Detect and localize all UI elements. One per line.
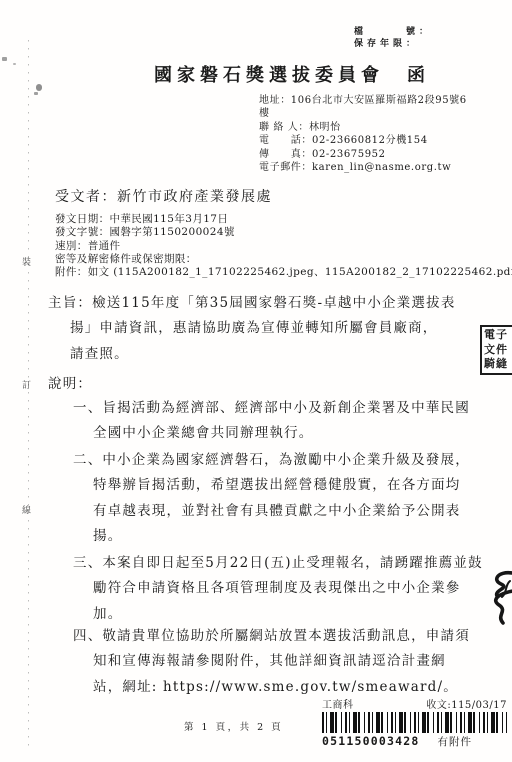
explanation-item-3: 三、本案自即日起至5月22日(五)止受理報名，請踴躍推薦並鼓 勵符合申請資格且各… (73, 551, 471, 627)
speed-class: 速別：普通件 (55, 240, 495, 253)
subject-label: 主旨： (48, 295, 92, 311)
recipient-line: 受文者：新竹市政府產業發展處 (55, 186, 272, 206)
sender-fax: 傳 真：02-23675952 (259, 148, 507, 161)
binding-dashed-line (28, 40, 29, 752)
issue-date: 發文日期：中華民國115年3月17日 (55, 213, 495, 226)
explanation-line: 有卓越表現，並對社會有具體貢獻之中小企業給予公開表 (93, 499, 471, 524)
scan-artifact (13, 63, 16, 65)
file-number-block: 檔 號： 保存年限： (354, 27, 432, 50)
retention-period-label: 保存年限： (354, 39, 432, 51)
receipt-dept: 工商科 (322, 696, 354, 711)
scan-artifact (2, 57, 7, 61)
attachment-note: 有附件 (437, 734, 472, 749)
item-marker: 三、 (73, 555, 102, 571)
explanation-line: 知和宣傳海報請參閱附件，其他詳細資訊請逕洽計畫網 (93, 649, 471, 674)
binding-mark-zhuang: 裝 (22, 258, 34, 268)
document-page: 裝 訂 線 檔 號： 保存年限： 國家磐石獎選拔委員會 函 地址：106台北市大… (0, 0, 512, 762)
subject-line: 請查照。 (70, 342, 473, 367)
sender-contact-person: 聯 絡 人：林明怡 (259, 121, 507, 134)
explanation-line: 特舉辦旨揭活動，希望選拔出經營穩健殷實，在各方面均 (93, 473, 471, 498)
page-number-footer: 第 1 頁，共 2 頁 (184, 719, 283, 733)
stamp-text: 騎縫 (484, 357, 512, 372)
subject-line: 主旨：檢送115年度「第35屆國家磐石獎-卓越中小企業選拔表 (48, 291, 473, 316)
attachments-line: 附件：如文 (115A200182_1_17102225462.jpeg、115… (55, 266, 495, 279)
scan-artifact (34, 92, 38, 95)
explanation-line: 揚。 (93, 524, 471, 549)
explanation-item-4: 四、敬請貴單位協助於所屬網站放置本選拔活動訊息，申請須 知和宣傳海報請參閱附件，… (73, 624, 471, 700)
explanation-line: 勵符合申請資格且各項管理制度及表現傑出之中小企業參 (93, 576, 471, 601)
partial-seal (486, 567, 512, 633)
document-number: 發文字號：國磐字第1150200024號 (55, 226, 495, 239)
sender-phone: 電 話：02-23660812分機154 (259, 134, 507, 147)
binding-mark-xian: 線 (22, 506, 34, 516)
exchange-seam-stamp: 電子 文件 騎縫 (480, 325, 512, 375)
subject-block: 主旨：檢送115年度「第35屆國家磐石獎-卓越中小企業選拔表 揚」申請資訊，惠請… (48, 291, 473, 367)
explanation-item-2: 二、中小企業為國家經濟磐石，為激勵中小企業升級及發展， 特舉辦旨揭活動，希望選拔… (73, 448, 471, 549)
document-meta-block: 發文日期：中華民國115年3月17日 發文字號：國磐字第1150200024號 … (55, 213, 495, 279)
receipt-stamp: 工商科 收文:115/03/17 051150003428 有附件 (322, 696, 507, 749)
receipt-date: 收文:115/03/17 (426, 696, 507, 711)
item-marker: 二、 (73, 452, 102, 468)
subject-text: 檢送115年度「第35屆國家磐石獎-卓越中小企業選拔表 (92, 295, 455, 311)
binding-mark-ding: 訂 (22, 381, 34, 391)
stamp-text: 文件 (484, 343, 512, 358)
scan-artifact (36, 84, 42, 91)
item-marker: 四、 (73, 628, 102, 644)
explanation-line: 四、敬請貴單位協助於所屬網站放置本選拔活動訊息，申請須 (73, 624, 471, 649)
subject-line: 揚」申請資訊，惠請協助廣為宣傳並轉知所屬會員廠商， (70, 316, 473, 341)
security-class: 密等及解密條件或保密期限： (55, 253, 495, 266)
item-marker: 一、 (73, 400, 102, 416)
explanation-item-1: 一、旨揭活動為經濟部、經濟部中小及新創企業署及中華民國 全國中小企業總會共同辦理… (73, 396, 471, 447)
file-number-label: 檔 號： (354, 27, 432, 39)
document-title: 國家磐石獎選拔委員會 函 (154, 61, 430, 87)
sender-email: 電子郵件：karen_lin@nasme.org.tw (259, 161, 507, 174)
stamp-text: 電子 (484, 328, 512, 343)
explanation-label: 說明： (48, 372, 92, 392)
barcode (322, 712, 507, 733)
explanation-line: 全國中小企業總會共同辦理執行。 (93, 421, 471, 446)
sender-address-line: 地址：106台北市大安區羅斯福路2段95號6 (259, 94, 507, 107)
barcode-number: 051150003428 (322, 734, 419, 748)
sender-contact-block: 地址：106台北市大安區羅斯福路2段95號6 樓 聯 絡 人：林明怡 電 話：0… (259, 94, 507, 174)
explanation-line: 二、中小企業為國家經濟磐石，為激勵中小企業升級及發展， (73, 448, 471, 473)
sender-address-line: 樓 (259, 107, 507, 120)
explanation-line: 一、旨揭活動為經濟部、經濟部中小及新創企業署及中華民國 (73, 396, 471, 421)
explanation-line: 三、本案自即日起至5月22日(五)止受理報名，請踴躍推薦並鼓 (73, 551, 471, 576)
